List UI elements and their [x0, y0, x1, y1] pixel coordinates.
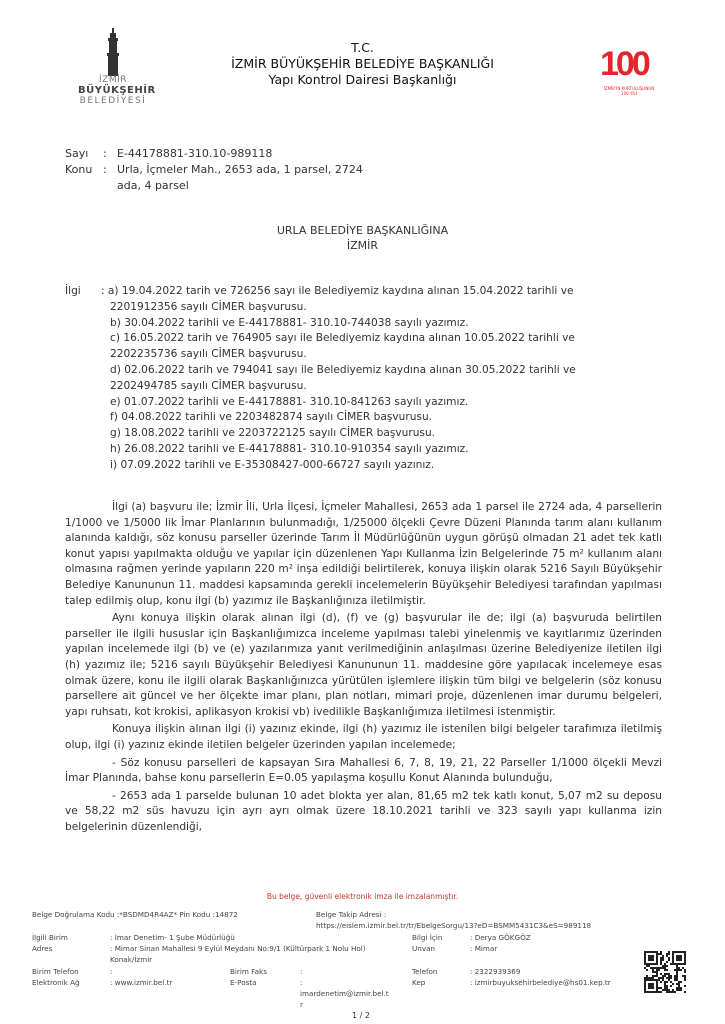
elektronik-ag-value[interactable]: : www.izmir.bel.tr: [110, 978, 172, 988]
adres-value-line2: Konak/İzmir: [110, 955, 152, 965]
birim-telefon-label: Birim Telefon: [32, 967, 79, 977]
reference-item: h) 26.08.2022 tarihli ve E-44178881- 310…: [101, 442, 671, 458]
reference-item: 2202235736 sayılı CİMER başvurusu.: [101, 347, 671, 363]
tracking-url[interactable]: https://eislem.izmir.bel.tr/tr/EbelgeSor…: [316, 921, 591, 931]
logo-text-belediyesi: BELEDİYESİ: [78, 96, 148, 107]
eposta-label: E-Posta: [230, 978, 257, 988]
sayi-label: Sayı: [65, 146, 103, 162]
ilgi-label: İlgi: [65, 284, 101, 300]
tracking-label: Belge Takip Adresi :: [316, 910, 386, 920]
bilgi-value: : Derya GÖKGÖZ: [470, 933, 531, 943]
birim-telefon-value: :: [110, 967, 112, 977]
document-meta: Sayı : E-44178881-310.10-989118 Konu : U…: [65, 146, 397, 194]
sayi-value: E-44178881-310.10-989118: [117, 146, 397, 162]
verification-code: Belge Doğrulama Kodu :*BSDMD4R4AZ* Pin K…: [32, 910, 238, 920]
sayi-row: Sayı : E-44178881-310.10-989118: [65, 146, 397, 162]
telefon-label: Telefon: [412, 967, 438, 977]
birim-faks-value: :: [300, 967, 302, 977]
reference-item: : a) 19.04.2022 tarih ve 726256 sayı ile…: [101, 284, 671, 300]
konu-separator: :: [103, 162, 117, 194]
unvan-label: Unvan: [412, 944, 435, 954]
reference-item: b) 30.04.2022 tarihli ve E-44178881- 310…: [101, 316, 671, 332]
ilgili-birim-value: : İmar Denetim- 1 Şube Müdürlüğü: [110, 933, 235, 943]
recipient: URLA BELEDİYE BAŞKANLIĞINA İZMİR: [0, 223, 725, 253]
centenary-caption-line2: 100.YILI: [596, 91, 662, 96]
reference-item: e) 01.07.2022 tarihli ve E-44178881- 310…: [101, 395, 671, 411]
centenary-caption: İZMİR'İN KURTULUŞUNUN 100.YILI: [596, 86, 662, 96]
reference-item: 2202494785 sayılı CİMER başvurusu.: [101, 379, 671, 395]
elektronik-ag-label: Elektronik Ağ: [32, 978, 80, 988]
unvan-value: : Mimar: [470, 944, 497, 954]
kep-label: Kep: [412, 978, 425, 988]
adres-value-line1: : Mimar Sinan Mahallesi 9 Eylül Meydanı …: [110, 944, 366, 954]
konu-value-line1: Urla, İçmeler Mah., 2653 ada, 1 parsel, …: [117, 163, 363, 176]
eposta-separator: :: [300, 978, 302, 988]
ilgili-birim-label: İlgili Birim: [32, 933, 68, 943]
references-list: : a) 19.04.2022 tarih ve 726256 sayı ile…: [101, 284, 671, 474]
reference-item: c) 16.05.2022 tarih ve 764905 sayı ile B…: [101, 331, 671, 347]
letter-body: İlgi (a) başvuru ile; İzmir İli, Urla İl…: [65, 500, 662, 837]
centenary-number: 100: [600, 44, 648, 84]
konu-value-line2: ada, 4 parsel: [117, 179, 189, 192]
konu-value: Urla, İçmeler Mah., 2653 ada, 1 parsel, …: [117, 162, 397, 194]
birim-faks-label: Birim Faks: [230, 967, 267, 977]
reference-item: d) 02.06.2022 tarih ve 794041 sayı ile B…: [101, 363, 671, 379]
qr-code-icon: [644, 951, 686, 993]
esign-note: Bu belge, güvenli elektronik imza ile im…: [0, 892, 725, 901]
body-paragraph-5: - 2653 ada 1 parselde bulunan 10 adet bl…: [65, 789, 662, 836]
body-paragraph-3: Konuya ilişkin alınan ilgi (i) yazınız e…: [65, 722, 662, 753]
recipient-name: URLA BELEDİYE BAŞKANLIĞINA: [0, 223, 725, 238]
centenary-emblem-icon: 100 İZMİR'İN KURTULUŞUNUN 100.YILI: [596, 44, 666, 112]
body-paragraph-2: Aynı konuya ilişkin olarak alınan ilgi (…: [65, 611, 662, 720]
eposta-value[interactable]: imardenetim@izmir.bel.t: [300, 989, 389, 999]
adres-label: Adres: [32, 944, 52, 954]
page-number: 1 / 2: [352, 1011, 370, 1020]
recipient-city: İZMİR: [0, 238, 725, 253]
body-paragraph-4: - Söz konusu parselleri de kapsayan Sıra…: [65, 756, 662, 787]
telefon-value: : 2322939369: [470, 967, 520, 977]
eposta-value-cont: r: [300, 1000, 303, 1010]
konu-label: Konu: [65, 162, 103, 194]
konu-row: Konu : Urla, İçmeler Mah., 2653 ada, 1 p…: [65, 162, 397, 194]
reference-item: f) 04.08.2022 tarihli ve 2203482874 sayı…: [101, 410, 671, 426]
kep-value: : izmirbuyuksehirbelediye@hs01.kep.tr: [470, 978, 611, 988]
reference-item: 2201912356 sayılı CİMER başvurusu.: [101, 300, 671, 316]
body-paragraph-1: İlgi (a) başvuru ile; İzmir İli, Urla İl…: [65, 500, 662, 609]
bilgi-label: Bilgi İçin: [412, 933, 442, 943]
sayi-separator: :: [103, 146, 117, 162]
reference-item: i) 07.09.2022 tarihli ve E-35308427-000-…: [101, 458, 671, 474]
reference-item: g) 18.08.2022 tarihli ve 2203722125 sayı…: [101, 426, 671, 442]
